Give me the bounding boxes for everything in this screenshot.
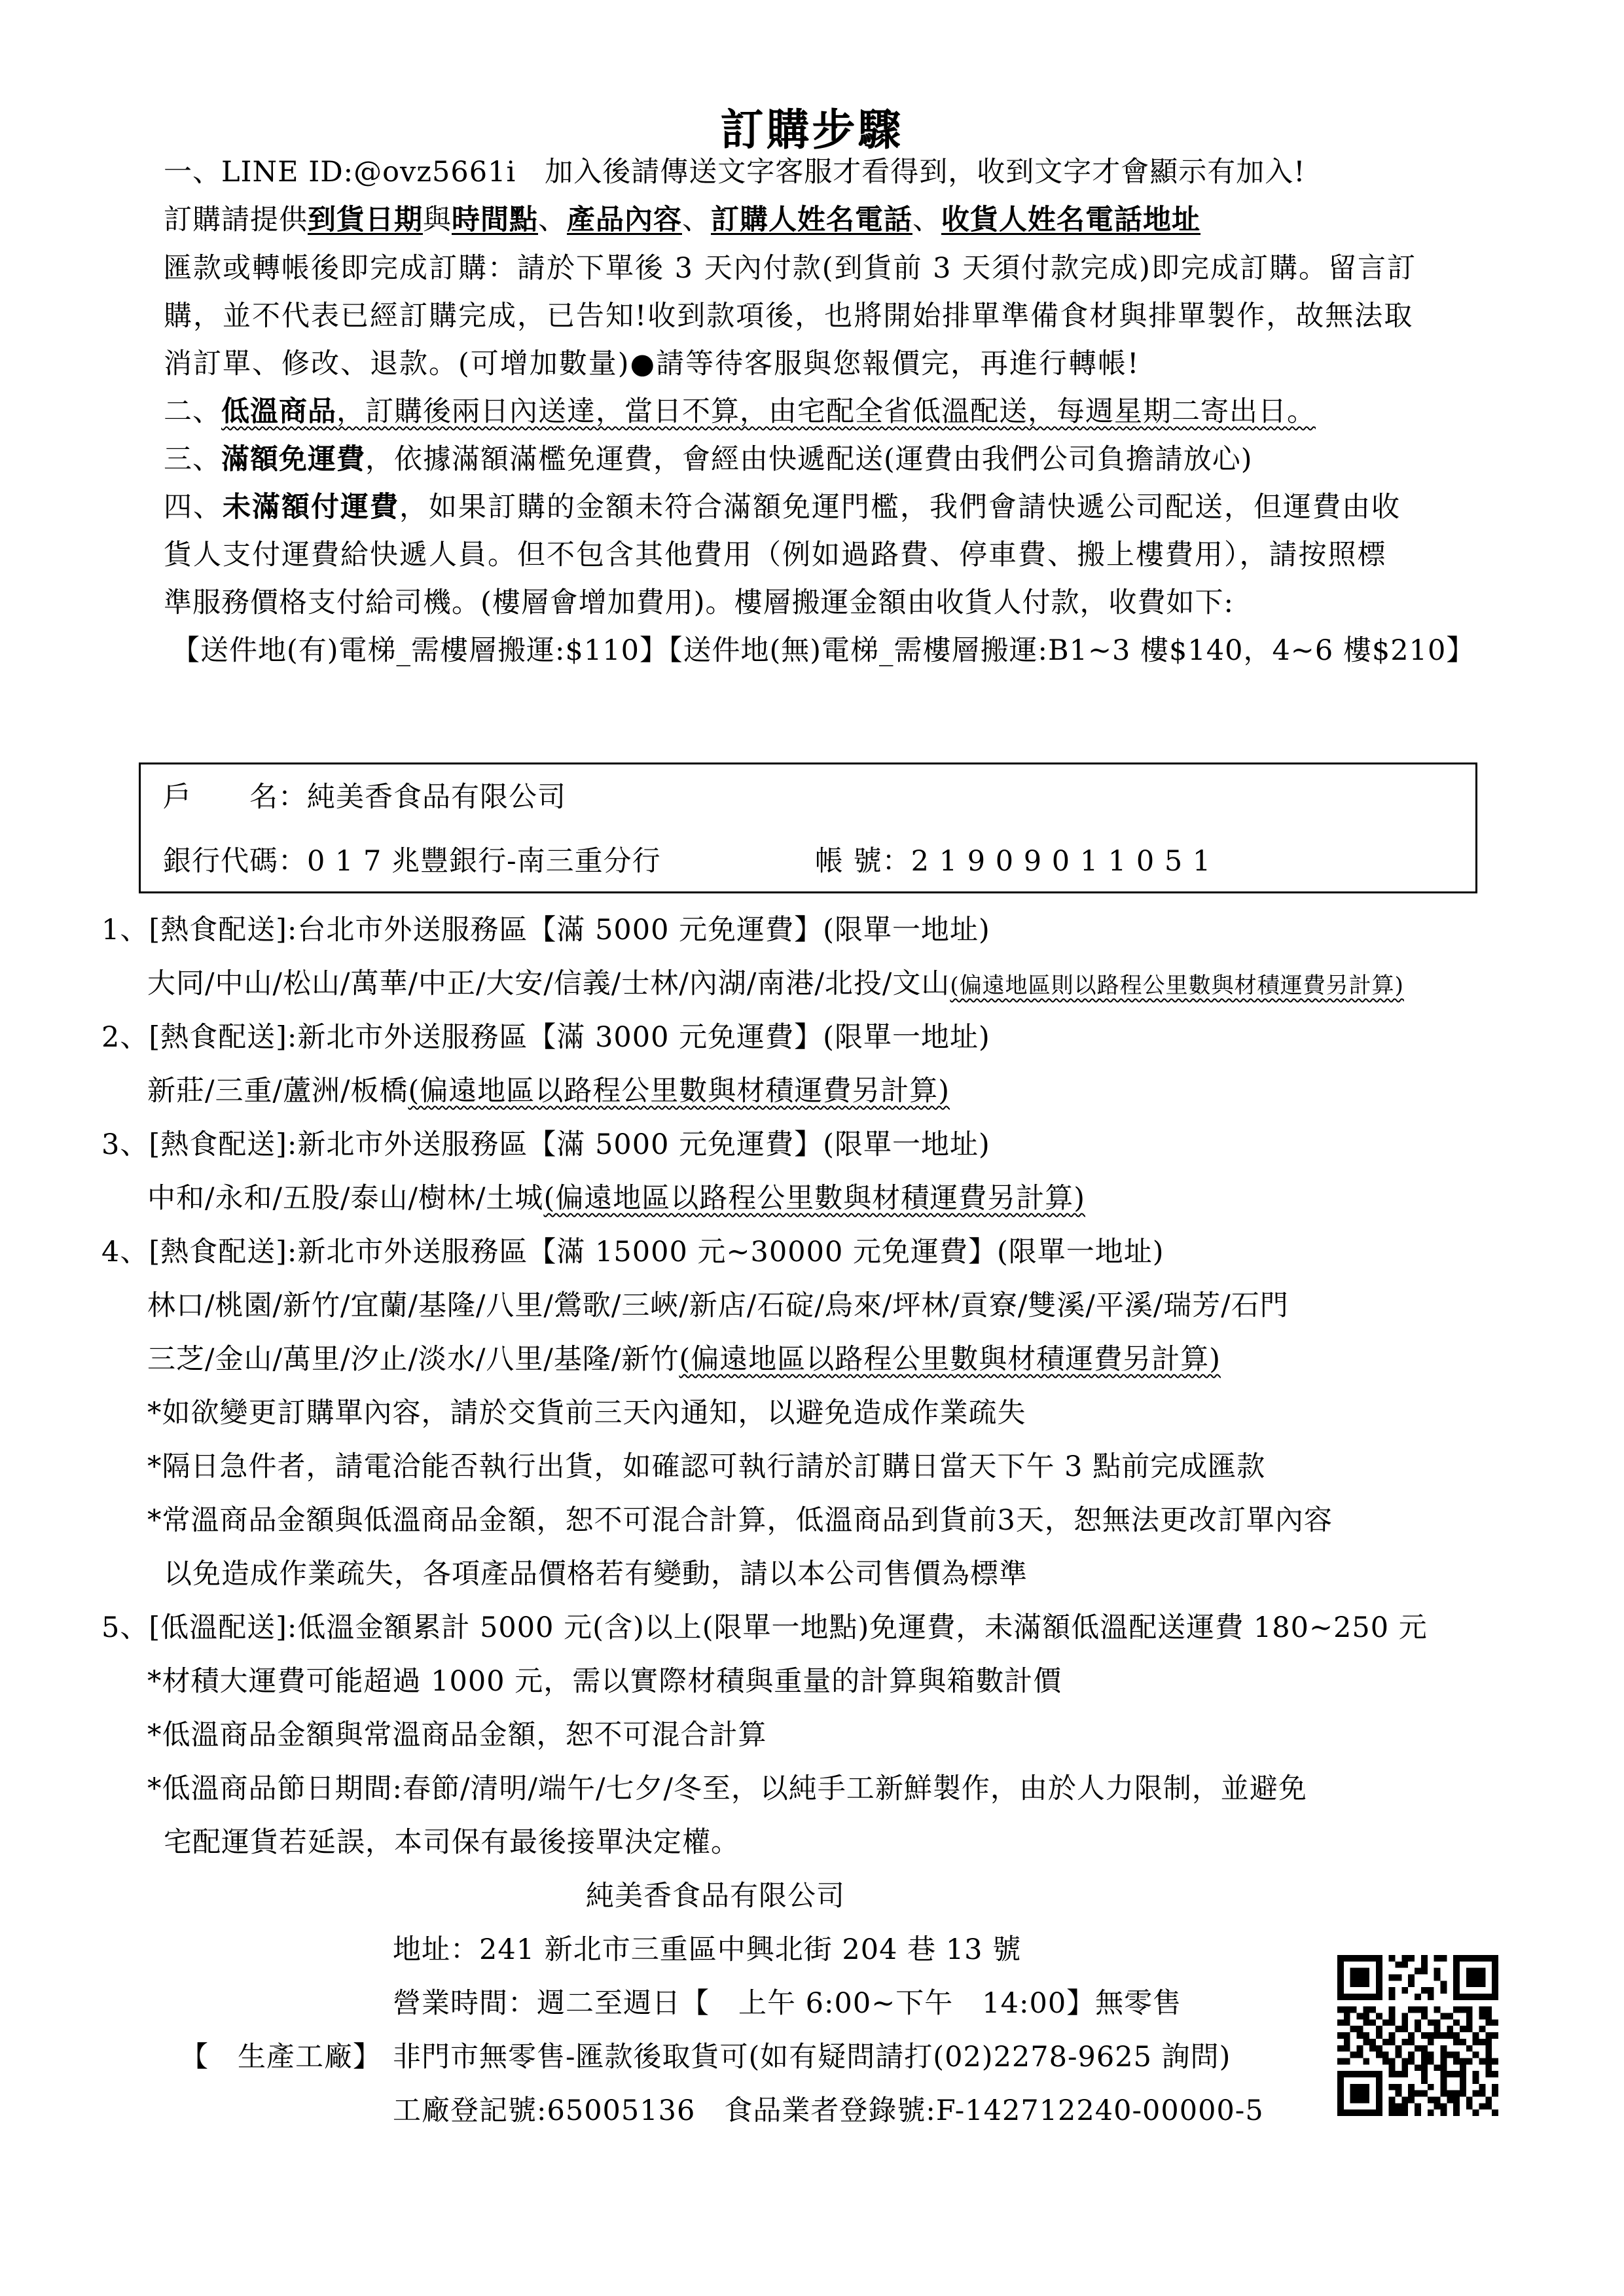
- account-name-row: 戶 名：純美香食品有限公司: [163, 779, 566, 816]
- bank-info-box: 戶 名：純美香食品有限公司 銀行代碼：0 1 7 兆豐銀行-南三重分行 帳 號：…: [139, 762, 1477, 893]
- zone-note: (偏遠地區以路程公里數與材積運費另計算): [408, 1075, 950, 1107]
- cold-goods-label: 低溫商品: [221, 395, 336, 428]
- req-time: 時間點: [452, 204, 538, 236]
- paid-shipping-cont1: 貨人支付運費給快遞人員。但不包含其他費用（例如過路費、停車費、搬上樓費用），請按…: [164, 537, 1387, 573]
- req-sep: 、: [682, 204, 711, 236]
- delivery-zone-1-head: 1、[熱食配送]:台北市外送服務區【滿 5000 元免運費】(限單一地址): [101, 912, 990, 948]
- note-mixed-calc-cont: 以免造成作業疏失，各項產品價格若有變動，請以本公司售價為標準: [164, 1556, 1028, 1592]
- bank-name: 兆豐銀行-南三重分行: [391, 845, 661, 878]
- zone-areas: 中和/永和/五股/泰山/樹林/土城: [147, 1182, 543, 1215]
- footer-factory-text: 非門市無零售-匯款後取貨可(如有疑問請打(02)2278-9625 詢問): [393, 2039, 1231, 2075]
- section-paid-shipping: 四、未滿額付運費，如果訂購的金額未符合滿額免運門檻，我們會請快遞公司配送，但運費…: [164, 489, 1401, 526]
- footer-company-name: 純美香食品有限公司: [586, 1878, 845, 1914]
- delivery-zone-4-areas: 林口/桃園/新竹/宜蘭/基隆/八里/鶯歌/三峽/新店/石碇/烏來/坪林/貢寮/雙…: [147, 1287, 1289, 1324]
- delivery-zone-4-areas2: 三芝/金山/萬里/汐止/淡水/八里/基隆/新竹(偏遠地區以路程公里數與材積運費另…: [147, 1341, 1221, 1378]
- cold-note-holiday: *低溫商品節日期間:春節/清明/端午/七夕/冬至，以純手工新鮮製作，由於人力限制…: [147, 1770, 1307, 1807]
- qr-code-graphic: [1337, 1955, 1498, 2116]
- paid-shipping-label: 未滿額付運費: [223, 491, 399, 524]
- section-cold-goods: 二、低溫商品，訂購後兩日內送達，當日不算，由宅配全省低溫配送，每週星期二寄出日。: [164, 393, 1316, 430]
- cold-note-volume: *材積大運費可能超過 1000 元，需以實際材積與重量的計算與箱數計價: [147, 1663, 1062, 1700]
- section-num: 四、: [164, 491, 223, 524]
- delivery-zone-3-areas: 中和/永和/五股/泰山/樹林/土城(偏遠地區以路程公里數與材積運費另計算): [147, 1180, 1085, 1217]
- account-number-row: 帳 號：2 1 9 0 9 0 1 1 0 5 1: [815, 843, 1211, 880]
- req-prefix: 訂購請提供: [164, 204, 308, 236]
- qr-code-icon: [1337, 1955, 1498, 2116]
- bank-code: 0 1 7: [307, 845, 382, 878]
- zone-areas: 新莊/三重/蘆洲/板橋: [147, 1075, 408, 1107]
- line-id-instruction: 一、LINE ID:@ovz5661i 加入後請傳送文字客服才看得到，收到文字才…: [164, 154, 1305, 190]
- req-arrival-date: 到貨日期: [308, 204, 423, 236]
- req-product: 產品內容: [567, 204, 682, 236]
- req-orderer: 訂購人姓名電話: [711, 204, 912, 236]
- req-sep: 、: [538, 204, 567, 236]
- footer-registration: 工廠登記號:65005136 食品業者登錄號:F-142712240-00000…: [393, 2092, 1264, 2129]
- free-shipping-text: ，依據滿額滿檻免運費，會經由快遞配送(運費由我們公司負擔請放心): [365, 443, 1253, 476]
- cold-note-mixed: *低溫商品金額與常溫商品金額，恕不可混合計算: [147, 1717, 767, 1753]
- footer-address: 地址：241 新北市三重區中興北街 204 巷 13 號: [393, 1931, 1021, 1968]
- req-sep: 、: [912, 204, 941, 236]
- payment-policy-line3: 消訂單、修改、退款。(可增加數量)●請等待客服與您報價完，再進行轉帳!: [164, 346, 1140, 382]
- account-name-label: 戶 名：: [163, 781, 307, 814]
- payment-policy-line1: 匯款或轉帳後即完成訂購：請於下單後 3 天內付款(到貨前 3 天須付款完成)即完…: [164, 250, 1416, 287]
- delivery-zone-3-head: 3、[熱食配送]:新北市外送服務區【滿 5000 元免運費】(限單一地址): [101, 1126, 990, 1163]
- delivery-zone-1-areas: 大同/中山/松山/萬華/中正/大安/信義/士林/內湖/南港/北投/文山(偏遠地區…: [147, 965, 1404, 1004]
- free-shipping-label: 滿額免運費: [221, 443, 365, 476]
- zone-note: (偏遠地區以路程公里數與材積運費另計算): [679, 1343, 1221, 1376]
- req-recipient: 收貨人姓名電話地址: [941, 204, 1200, 236]
- note-urgent-order: *隔日急件者，請電洽能否執行出貨，如確認可執行請於訂購日當天下午 3 點前完成匯…: [147, 1448, 1265, 1485]
- bank-code-label: 銀行代碼：: [163, 845, 307, 878]
- payment-policy-line2: 購，並不代表已經訂購完成，已告知!收到款項後，也將開始排單準備食材與排單製作，故…: [164, 298, 1413, 334]
- section-free-shipping: 三、滿額免運費，依據滿額滿檻免運費，會經由快遞配送(運費由我們公司負擔請放心): [164, 441, 1253, 478]
- zone-areas: 三芝/金山/萬里/汐止/淡水/八里/基隆/新竹: [147, 1343, 679, 1376]
- section-num: 二、: [164, 395, 221, 428]
- footer-hours: 營業時間：週二至週日【 上午 6:00~下午 14:00】無零售: [393, 1985, 1182, 2022]
- cold-note-holiday-cont: 宅配運貨若延誤，本司保有最後接單決定權。: [164, 1824, 740, 1861]
- paid-shipping-text: ，如果訂購的金額未符合滿額免運門檻，我們會請快遞公司配送，但運費由收: [399, 491, 1401, 524]
- order-requirements: 訂購請提供到貨日期與時間點、產品內容、訂購人姓名電話、收貨人姓名電話地址: [164, 202, 1200, 238]
- zone-note: (偏遠地區則以路程公里數與材積運費另計算): [950, 973, 1404, 999]
- delivery-zone-2-areas: 新莊/三重/蘆洲/板橋(偏遠地區以路程公里數與材積運費另計算): [147, 1073, 950, 1109]
- zone-note: (偏遠地區以路程公里數與材積運費另計算): [543, 1182, 1085, 1215]
- delivery-zone-2-head: 2、[熱食配送]:新北市外送服務區【滿 3000 元免運費】(限單一地址): [101, 1019, 990, 1056]
- paid-shipping-cont2: 準服務價格支付給司機。(樓層會增加費用)。樓層搬運金額由收貨人付款，收費如下:: [164, 584, 1234, 621]
- footer-factory-label: 【 生產工廠】: [180, 2039, 382, 2075]
- req-and: 與: [423, 204, 452, 236]
- cold-delivery-head: 5、[低溫配送]:低溫金額累計 5000 元(含)以上(限單一地點)免運費，未滿…: [101, 1609, 1428, 1646]
- page-title: 訂購步驟: [0, 95, 1624, 157]
- bank-code-row: 銀行代碼：0 1 7 兆豐銀行-南三重分行: [163, 843, 661, 880]
- note-change-order: *如欲變更訂購單內容，請於交貨前三天內通知，以避免造成作業疏失: [147, 1395, 1026, 1431]
- floor-fees: 【送件地(有)電梯_需樓層搬運:$110】【送件地(無)電梯_需樓層搬運:B1~…: [171, 632, 1475, 669]
- account-number-label: 帳 號：: [815, 845, 911, 878]
- account-name: 純美香食品有限公司: [307, 781, 566, 814]
- zone-areas: 大同/中山/松山/萬華/中正/大安/信義/士林/內湖/南港/北投/文山: [147, 967, 950, 1000]
- delivery-zone-4-head: 4、[熱食配送]:新北市外送服務區【滿 15000 元~30000 元免運費】(…: [101, 1234, 1164, 1270]
- account-number: 2 1 9 0 9 0 1 1 0 5 1: [911, 845, 1212, 878]
- note-mixed-calc: *常溫商品金額與低溫商品金額，恕不可混合計算，低溫商品到貨前3天，恕無法更改訂單…: [147, 1502, 1333, 1539]
- section-num: 三、: [164, 443, 221, 476]
- cold-goods-text: ，訂購後兩日內送達，當日不算，由宅配全省低溫配送，每週星期二寄出日。: [336, 395, 1316, 428]
